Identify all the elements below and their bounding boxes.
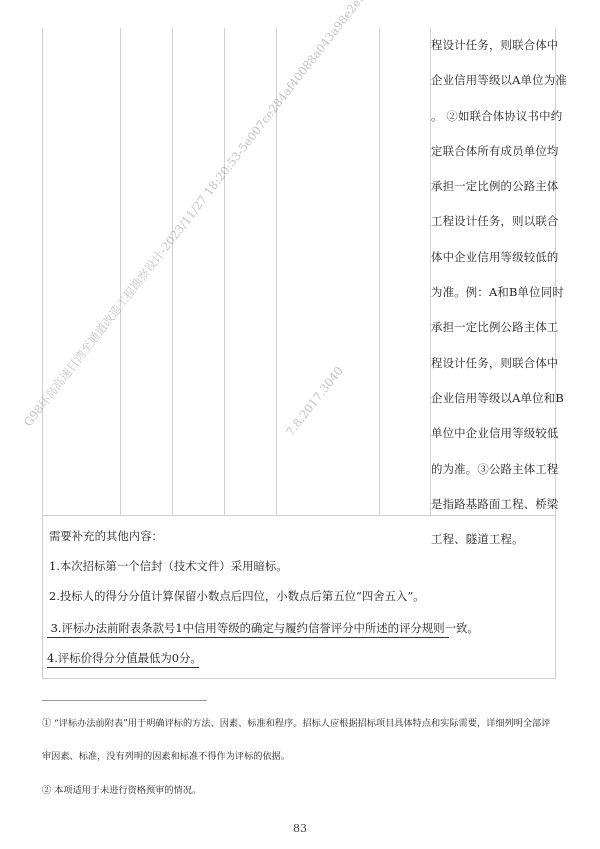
cell-text-line: 承担一定比例公路主体工: [431, 310, 555, 345]
cell-text-line: 的为准。③公路主体工程: [431, 452, 555, 487]
column-divider: [224, 28, 225, 515]
column-divider: [120, 28, 121, 515]
cell-text-line: 程设计任务，则联合体中: [431, 28, 555, 63]
footnote-2: ② 本项适用于未进行资格预审的情况。: [42, 782, 201, 796]
supplement-item-3: 3.评标办法前附表条款号1中信用等级的确定与履约信誉评分中所述的评分规则一致。: [47, 620, 449, 638]
cell-text-line: 体中企业信用等级较低的: [431, 240, 555, 275]
cell-text-line: 定联合体所有成员单位均: [431, 134, 555, 169]
cell-text-line: 为准。例：A和B单位同时: [431, 275, 555, 310]
supplement-item-2: 2.投标人的得分分值计算保留小数点后四位，小数点后第五位“四舍五入”。: [49, 588, 425, 604]
supplement-item-1: 1.本次招标第一个信封（技术文件）采用暗标。: [49, 558, 288, 574]
supplement-heading: 需要补充的其他内容：: [49, 528, 163, 544]
column-divider: [172, 28, 173, 515]
footnote-1-line-2: 审因素、标准，没有列明的因素和标准不得作为评标的依据。: [42, 748, 290, 762]
footnote-separator: [42, 700, 207, 701]
cell-text-line: 承担一定比例的公路主体: [431, 169, 555, 204]
supplement-item-4: 4.评标价得分分值最低为0分。: [47, 650, 199, 668]
page-number: 83: [0, 822, 600, 835]
cell-text-line: 企业信用等级以A单位和B: [431, 381, 555, 416]
column-divider: [379, 28, 380, 515]
table-cell-criteria-description: 程设计任务，则联合体中 企业信用等级以A单位为准 。 ②如联合体协议书中约 定联…: [431, 28, 555, 557]
document-page: 程设计任务，则联合体中 企业信用等级以A单位为准 。 ②如联合体协议书中约 定联…: [0, 0, 600, 849]
footnote-1-line-1: ① “评标办法前附表”用于明确评标的方法、因素、标准和程序。招标人应根据招标项目…: [42, 715, 550, 729]
cell-text-line: 单位中企业信用等级较低: [431, 416, 555, 451]
cell-text-line: 工程设计任务，则以联合: [431, 204, 555, 239]
supplementary-content-box: 需要补充的其他内容： 1.本次招标第一个信封（技术文件）采用暗标。 2.投标人的…: [42, 516, 556, 679]
cell-text-line: 程设计任务，则联合体中: [431, 346, 555, 381]
cell-text-line: 。 ②如联合体协议书中约: [431, 99, 555, 134]
cell-text-line: 企业信用等级以A单位为准: [431, 63, 555, 98]
column-divider: [276, 28, 277, 515]
